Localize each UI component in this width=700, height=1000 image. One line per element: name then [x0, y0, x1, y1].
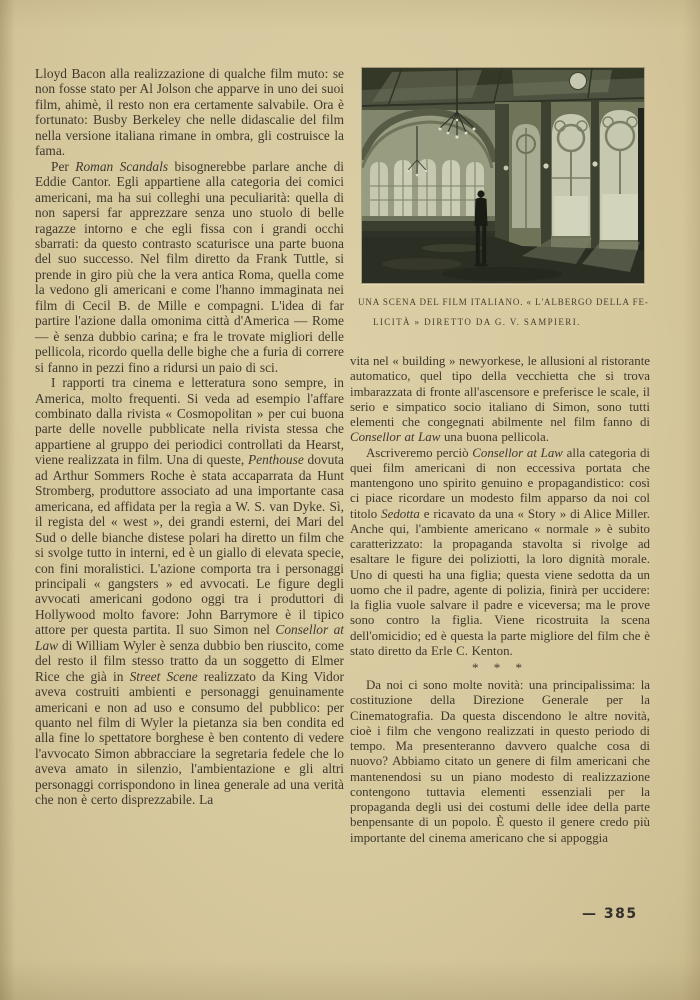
- photo-caption-line-2: LICITÀ » DIRETTO DA G. V. SAMPIERI.: [358, 312, 652, 332]
- right-window-bays: [495, 100, 644, 258]
- right-text-column: vita nel « building » newyorkese, le all…: [350, 354, 650, 914]
- scanned-magazine-page: { "colors": { "paper": "#d7c99e", "ink":…: [0, 0, 700, 1000]
- page-number: — 385: [582, 906, 638, 922]
- photo-caption-line-1: UNA SCENA DEL FILM ITALIANO. « L'ALBERGO…: [358, 292, 652, 312]
- far-window-row: [370, 159, 484, 216]
- photo-caption: UNA SCENA DEL FILM ITALIANO. « L'ALBERGO…: [358, 292, 652, 332]
- left-text-column: Lloyd Bacon alla realizzazione di qualch…: [35, 66, 344, 894]
- paragraph: Ascriveremo perciò Consellor at Law alla…: [350, 446, 650, 660]
- paragraph: I rapporti tra cinema e letteratura sono…: [35, 375, 344, 808]
- paragraph: Da noi ci sono molte novità: una princip…: [350, 678, 650, 846]
- paragraph: Per Roman Scandals bisognerebbe parlare …: [35, 159, 344, 375]
- paragraph: Lloyd Bacon alla realizzazione di qualch…: [35, 66, 344, 159]
- carpet-floor: [362, 237, 644, 283]
- globe-lamp: [570, 73, 587, 90]
- ballroom-illustration: [362, 68, 644, 283]
- section-separator: * * *: [350, 661, 650, 675]
- paragraph: vita nel « building » newyorkese, le all…: [350, 354, 650, 446]
- film-still-photo: [362, 68, 644, 283]
